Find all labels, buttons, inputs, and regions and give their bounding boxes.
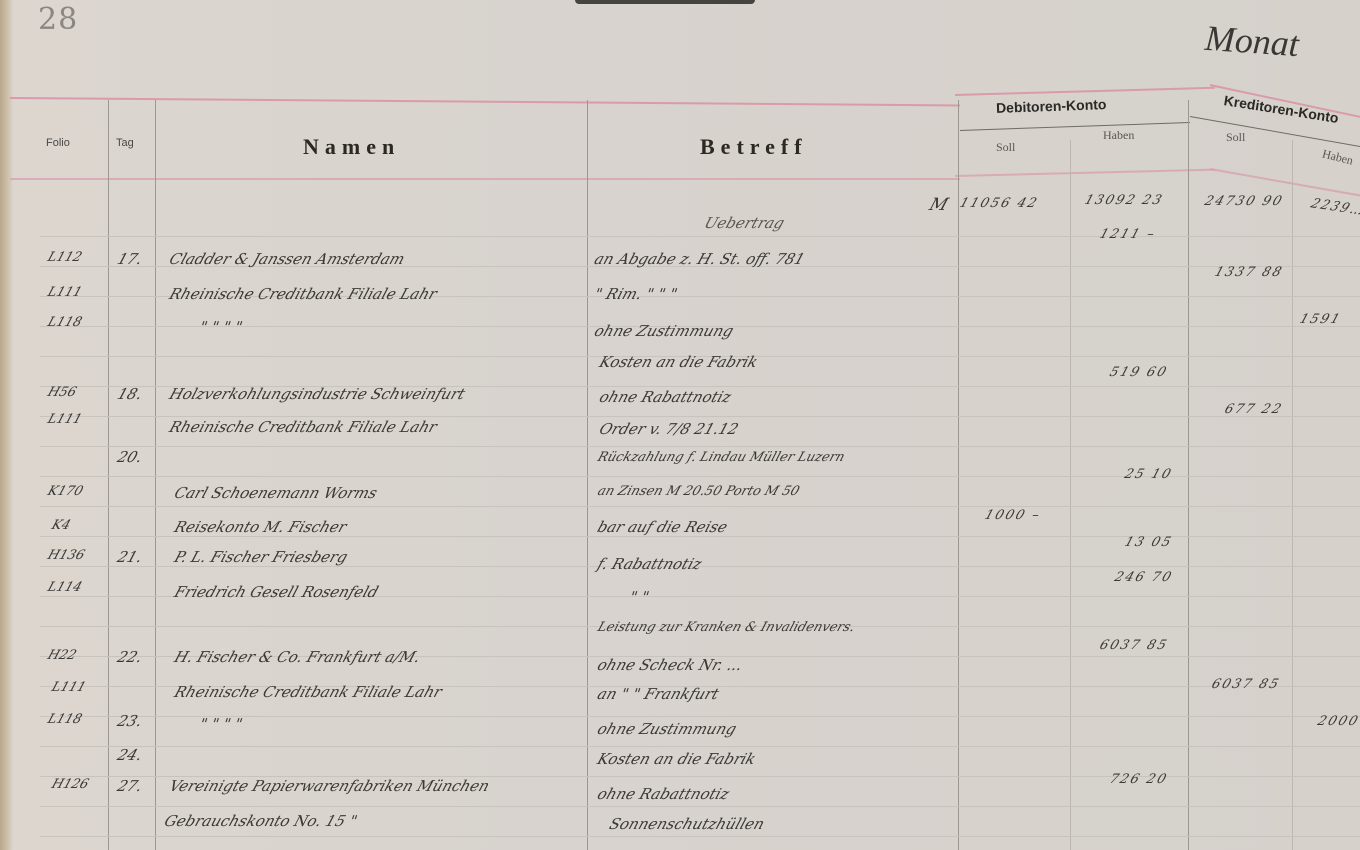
name: " " " " — [197, 318, 245, 336]
folio: K170 — [46, 484, 85, 499]
debit-haben: 6037 85 — [1098, 638, 1171, 653]
subject: " Rim. " " " — [592, 285, 680, 303]
subject: Sonnenschutzhüllen — [607, 815, 767, 833]
header-bottom-rule — [955, 169, 1215, 177]
day: 21. — [115, 548, 145, 566]
row-line — [40, 746, 1360, 747]
row-line — [40, 446, 1360, 447]
kreditoren-header: Kreditoren-Konto — [1223, 92, 1340, 126]
ledger-page: 28 Monat Folio Tag Namen Betreff Debitor… — [0, 0, 1360, 850]
name: Reisekonto M. Fischer — [172, 518, 349, 536]
subject: Kosten an die Fabrik — [597, 353, 760, 371]
subject: ohne Zustimmung — [592, 322, 736, 340]
debitoren-soll-header: Soll — [996, 140, 1015, 155]
folio: L118 — [46, 315, 84, 330]
day: 24. — [115, 746, 145, 764]
subject: an Zinsen M 20.50 Porto M 50 — [596, 484, 802, 499]
namen-header: Namen — [303, 134, 400, 160]
folio: H22 — [46, 648, 79, 663]
row-line — [40, 806, 1360, 807]
subject: Rückzahlung f. Lindau Müller Luzern — [596, 450, 847, 465]
day: 23. — [115, 712, 145, 730]
credit-haben: 2000 — [1316, 714, 1360, 729]
carry-over-credit-haben: 2239… — [1308, 196, 1360, 219]
folio: H136 — [46, 548, 87, 563]
tag-column-line — [155, 100, 156, 850]
subject: ohne Rabattnotiz — [595, 785, 731, 803]
header-bottom-rule — [10, 178, 960, 180]
folio-header: Folio — [46, 137, 70, 149]
name: Holzverkohlungsindustrie Schweinfurt — [167, 385, 467, 403]
debit-haben: 1211 – — [1098, 227, 1159, 242]
debitoren-column-line — [1188, 100, 1189, 850]
subject: Kosten an die Fabrik — [595, 750, 758, 768]
folio: L114 — [46, 580, 84, 595]
betreff-header: Betreff — [700, 134, 808, 160]
name: Cladder & Janssen Amsterdam — [167, 250, 407, 268]
month-heading: Monat — [1204, 17, 1301, 65]
subject: ohne Rabattnotiz — [597, 388, 733, 406]
debit-haben: 726 20 — [1108, 772, 1170, 787]
subject: an Abgabe z. H. St. off. 781 — [592, 250, 807, 268]
debitoren-divider — [960, 122, 1190, 131]
subject: f. Rabattnotiz — [595, 555, 704, 573]
name: Vereinigte Papierwarenfabriken München — [167, 777, 492, 795]
name: Friedrich Gesell Rosenfeld — [172, 583, 381, 601]
day: 22. — [115, 648, 145, 666]
folio: L111 — [46, 285, 84, 300]
row-line — [40, 416, 1360, 417]
credit-soll-line — [1292, 140, 1293, 850]
name: Rheinische Creditbank Filiale Lahr — [167, 285, 439, 303]
currency-mark: M — [927, 195, 951, 215]
carry-over-label: Uebertrag — [702, 214, 787, 232]
folio: L111 — [46, 412, 84, 427]
debit-soll: 1000 – — [983, 508, 1044, 523]
name: Rheinische Creditbank Filiale Lahr — [172, 683, 444, 701]
header-top-rule — [955, 87, 1215, 96]
row-line — [40, 836, 1360, 837]
folio-column-line — [108, 100, 109, 850]
credit-soll: 1337 88 — [1213, 265, 1286, 280]
carry-over-debit-haben: 13092 23 — [1083, 193, 1166, 208]
debit-haben: 13 05 — [1123, 535, 1175, 550]
row-line — [40, 236, 1360, 237]
credit-soll: 677 22 — [1223, 402, 1285, 417]
debit-soll-line — [1070, 140, 1071, 850]
betreff-column-line — [958, 100, 959, 850]
folio: K4 — [50, 518, 73, 533]
subject: bar auf die Reise — [595, 518, 730, 536]
subject: ohne Zustimmung — [595, 720, 739, 738]
day: 27. — [115, 777, 145, 795]
credit-soll: 6037 85 — [1210, 677, 1283, 692]
tag-header: Tag — [116, 137, 134, 149]
carry-over-credit-soll: 24730 90 — [1203, 194, 1286, 209]
folio: L112 — [46, 250, 84, 265]
subject: " " — [627, 588, 651, 606]
book-binding — [0, 0, 12, 850]
name: Rheinische Creditbank Filiale Lahr — [167, 418, 439, 436]
header-top-rule — [10, 97, 960, 106]
name: P. L. Fischer Friesberg — [172, 548, 350, 566]
row-line — [40, 506, 1360, 507]
name: H. Fischer & Co. Frankfurt a/M. — [172, 648, 423, 666]
debitoren-header: Debitoren-Konto — [996, 96, 1107, 116]
folio: L111 — [50, 680, 88, 695]
subject: ohne Scheck Nr. ... — [595, 656, 745, 674]
folio: H126 — [50, 777, 91, 792]
page-number: 28 — [38, 2, 78, 37]
subject: Order v. 7/8 21.12 — [597, 420, 741, 438]
subject: an " " Frankfurt — [595, 685, 721, 703]
folio: L118 — [46, 712, 84, 727]
day: 18. — [115, 385, 145, 403]
kreditoren-haben-header: Haben — [1321, 146, 1355, 168]
day: 20. — [115, 448, 145, 466]
name: " " " " — [197, 715, 245, 733]
subject: Leistung zur Kranken & Invalidenvers. — [596, 620, 857, 635]
credit-haben: 1591 — [1298, 312, 1344, 327]
kreditoren-soll-header: Soll — [1226, 130, 1245, 145]
debitoren-haben-header: Haben — [1103, 128, 1134, 143]
page-edge-shadow — [575, 0, 755, 4]
name: Gebrauchskonto No. 15 " — [162, 812, 360, 830]
namen-column-line — [587, 100, 588, 850]
folio: H56 — [46, 385, 79, 400]
debit-haben: 246 70 — [1113, 570, 1175, 585]
name: Carl Schoenemann Worms — [172, 484, 380, 502]
debit-haben: 25 10 — [1123, 467, 1175, 482]
debit-haben: 519 60 — [1108, 365, 1170, 380]
carry-over-debit-soll: 11056 42 — [958, 196, 1041, 211]
